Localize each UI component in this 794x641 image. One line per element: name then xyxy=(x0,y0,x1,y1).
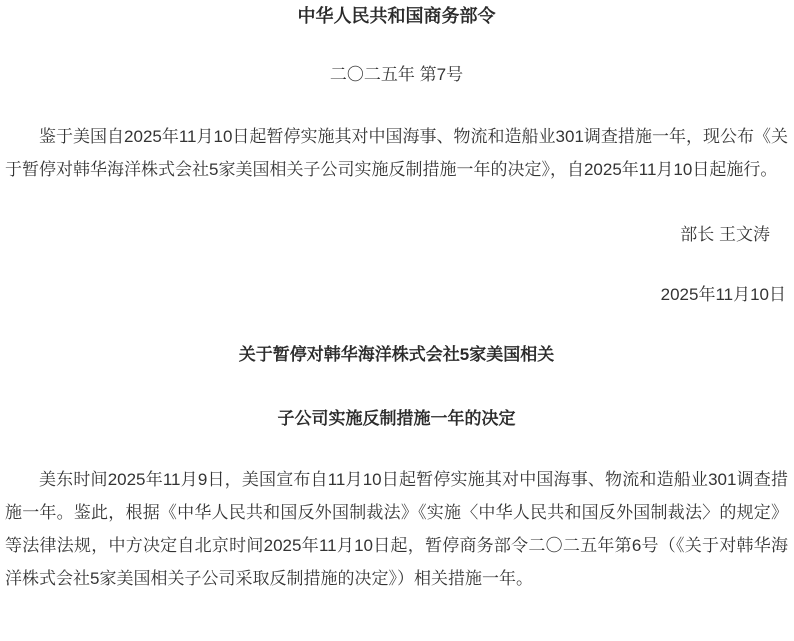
order-body-paragraph: 鉴于美国自2025年11月10日起暂停实施其对中国海事、物流和造船业301调查措… xyxy=(5,120,788,186)
order-date: 2025年11月10日 xyxy=(5,278,788,311)
order-issue-number: 二〇二五年 第7号 xyxy=(5,58,788,91)
mofcom-order-document: 中华人民共和国商务部令 二〇二五年 第7号 鉴于美国自2025年11月10日起暂… xyxy=(0,0,794,595)
decision-body-paragraph: 美东时间2025年11月9日，美国宣布自11月10日起暂停实施其对中国海事、物流… xyxy=(5,463,788,595)
minister-signature: 部长 王文涛 xyxy=(5,218,788,251)
decision-title-line1: 关于暂停对韩华海洋株式会社5家美国相关 xyxy=(5,338,788,371)
decision-title-line2: 子公司实施反制措施一年的决定 xyxy=(5,402,788,435)
document-title: 中华人民共和国商务部令 xyxy=(5,0,788,33)
